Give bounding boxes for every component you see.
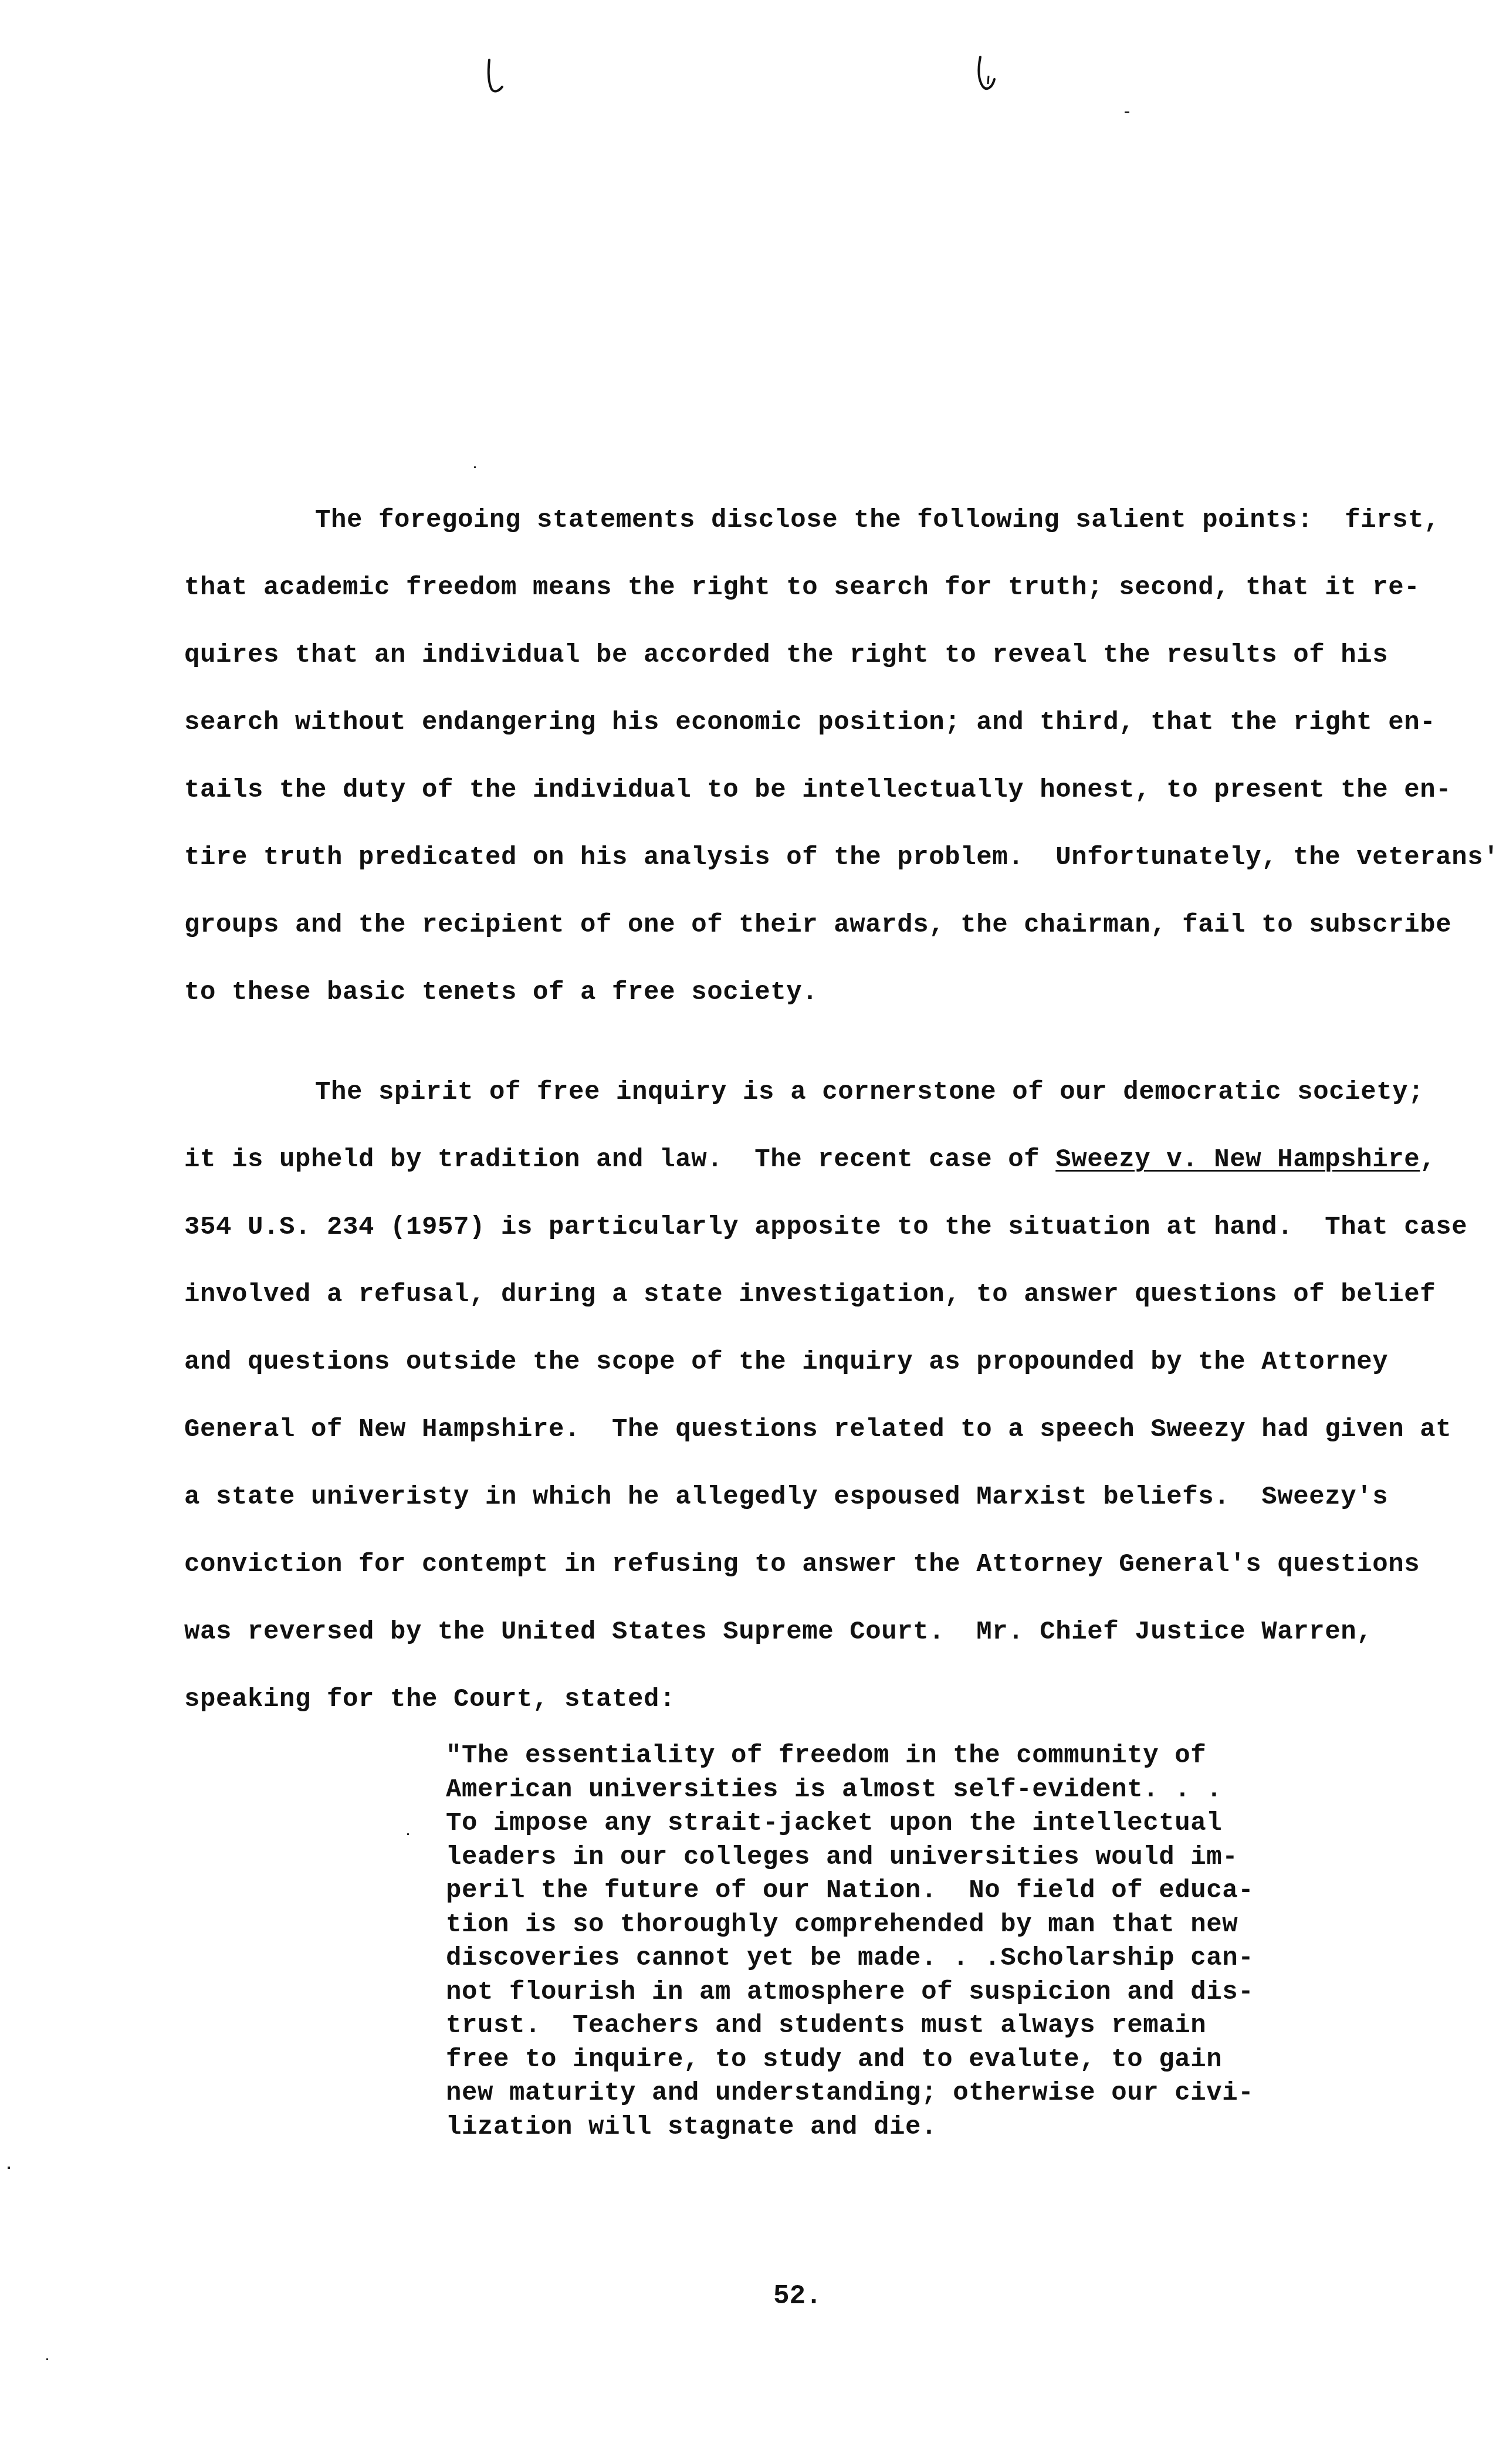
text-line: tails the duty of the individual to be i… [184,757,1375,824]
text-line: a state univeristy in which he allegedly… [184,1464,1375,1531]
text-line: tire truth predicated on his analysis of… [184,824,1375,892]
scan-speck [8,2167,10,2169]
quote-line: trust. Teachers and students must always… [446,2009,1267,2043]
paragraph-2: The spirit of free inquiry is a cornerst… [184,1059,1375,1734]
quote-line: peril the future of our Nation. No field… [446,1874,1267,1908]
quote-line: To impose any strait-jacket upon the int… [446,1807,1267,1841]
scan-speck [46,2358,48,2360]
text-line: was reversed by the United States Suprem… [184,1599,1375,1666]
citation-punctuation: , [1420,1145,1436,1175]
text-line: involved a refusal, during a state inves… [184,1261,1375,1329]
text-line: General of New Hampshire. The questions … [184,1396,1375,1464]
quote-line: discoveries cannot yet be made. . .Schol… [446,1942,1267,1976]
handwritten-mark-icon [977,56,1000,91]
case-citation: Sweezy v. New Hampshire [1055,1145,1420,1175]
quote-line: leaders in our colleges and universities… [446,1841,1267,1875]
document-page: The foregoing statements disclose the fo… [0,0,1496,2464]
handwritten-mark-icon [487,59,510,94]
quote-line: not flourish in am atmosphere of suspici… [446,1976,1267,2010]
text-fragment: it is upheld by tradition and law. The r… [184,1145,1055,1175]
text-line: it is upheld by tradition and law. The r… [184,1126,1375,1194]
text-line: The foregoing statements disclose the fo… [184,487,1375,554]
text-line: to these basic tenets of a free society. [184,959,1375,1027]
text-line: and questions outside the scope of the i… [184,1329,1375,1396]
scan-speck [407,1833,409,1835]
quote-line: tion is so thoroughly comprehended by ma… [446,1908,1267,1942]
text-line: that academic freedom means the right to… [184,554,1375,622]
text-line: quires that an individual be accorded th… [184,622,1375,689]
block-quote: "The essentiality of freedom in the comm… [446,1739,1267,2144]
text-line: search without endangering his economic … [184,689,1375,757]
quote-line: "The essentiality of freedom in the comm… [446,1739,1267,1773]
text-line: groups and the recipient of one of their… [184,892,1375,959]
page-number: 52. [773,2281,822,2311]
paragraph-1: The foregoing statements disclose the fo… [184,487,1375,1027]
text-line: speaking for the Court, stated: [184,1666,1375,1734]
text-line: conviction for contempt in refusing to a… [184,1531,1375,1599]
scan-speck [1125,111,1129,113]
text-line: 354 U.S. 234 (1957) is particularly appo… [184,1194,1375,1261]
quote-line: free to inquire, to study and to evalute… [446,2043,1267,2077]
quote-line: lization will stagnate and die. [446,2111,1267,2145]
text-line: The spirit of free inquiry is a cornerst… [184,1059,1375,1126]
quote-line: American universities is almost self-evi… [446,1773,1267,1808]
quote-line: new maturity and understanding; otherwis… [446,2077,1267,2111]
scan-speck [474,466,476,468]
